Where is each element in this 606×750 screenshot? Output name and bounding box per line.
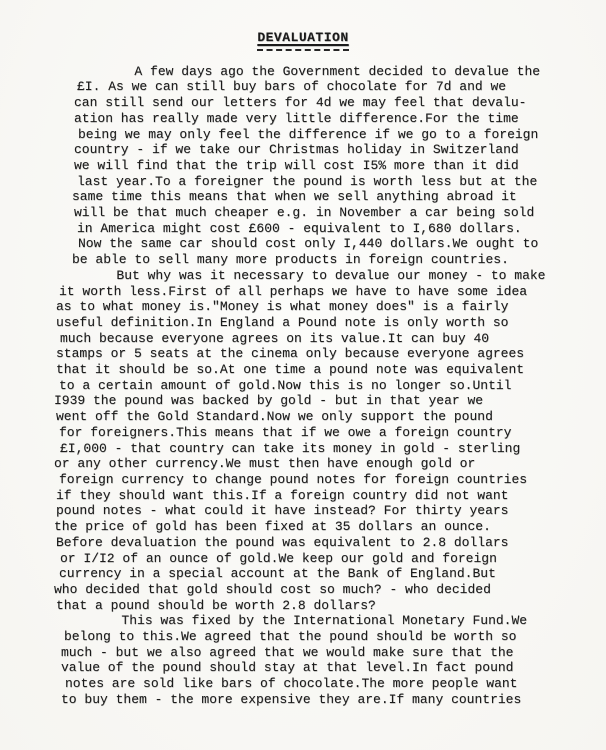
text-line: to buy them - the more expensive they ar… — [61, 692, 606, 708]
text-line: that a pound should be worth 2.8 dollars… — [56, 598, 606, 614]
text-line: country - if we take our Christmas holid… — [74, 142, 606, 158]
paragraph-1: A few days ago the Government decided to… — [74, 64, 606, 268]
text-line: But why was it necessary to devalue our … — [54, 268, 606, 284]
title-row: DEVALUATION — [0, 30, 606, 51]
text-line: foreign currency to change pound notes f… — [59, 472, 606, 488]
text-line: that it should be so.At one time a pound… — [56, 362, 606, 378]
document-title: DEVALUATION — [257, 30, 348, 51]
text-line: same time this means that when we sell a… — [72, 189, 606, 205]
text-line: or any other currency.We must then have … — [54, 456, 606, 472]
text-line: if they should want this.If a foreign co… — [56, 488, 606, 504]
text-line: value of the pound should stay at that l… — [61, 660, 606, 676]
text-line: we will find that the trip will cost I5%… — [74, 158, 606, 174]
text-line: useful definition.In England a Pound not… — [56, 315, 606, 331]
text-line: or I/I2 of an ounce of gold.We keep our … — [60, 551, 606, 567]
text-line: Before devaluation the pound was equival… — [56, 535, 606, 551]
text-line: stamps or 5 seats at the cinema only bec… — [56, 346, 606, 362]
text-line: belong to this.We agreed that the pound … — [64, 629, 606, 645]
text-line: it worth less.First of all perhaps we ha… — [59, 284, 606, 300]
text-line: last year.To a foreigner the pound is wo… — [77, 174, 606, 190]
text-line: to a certain amount of gold.Now this is … — [59, 378, 606, 394]
paragraph-3: This was fixed by the International Mone… — [61, 613, 606, 707]
paragraph-2: But why was it necessary to devalue our … — [56, 268, 606, 613]
text-line: pound notes - what could it have instead… — [56, 503, 606, 519]
text-line: £I. As we can still buy bars of chocolat… — [77, 79, 606, 95]
text-line: notes are sold like bars of chocolate.Th… — [65, 676, 606, 692]
text-line: Now the same car should cost only I,440 … — [78, 236, 606, 252]
document-page: DEVALUATION A few days ago the Governmen… — [0, 0, 606, 750]
text-line: This was fixed by the International Mone… — [59, 613, 606, 629]
text-line: went off the Gold Standard.Now we only s… — [56, 409, 606, 425]
text-line: for foreigners.This means that if we owe… — [59, 425, 606, 441]
text-line: ation has really made very little differ… — [74, 111, 606, 127]
text-line: as to what money is."Money is what money… — [56, 299, 606, 315]
text-line: I939 the pound was backed by gold - but … — [54, 393, 606, 409]
text-line: be able to sell many more products in fo… — [72, 252, 606, 268]
text-line: in America might cost £600 - equivalent … — [77, 221, 606, 237]
text-line: much - but we also agreed that we would … — [61, 645, 606, 661]
text-line: much because everyone agrees on its valu… — [60, 331, 606, 347]
text-line: will be that much cheaper e.g. in Novemb… — [74, 205, 606, 221]
text-line: the price of gold has been fixed at 35 d… — [54, 519, 606, 535]
text-line: can still send our letters for 4d we may… — [74, 95, 606, 111]
text-line: A few days ago the Government decided to… — [72, 64, 606, 80]
text-line: who decided that gold should cost so muc… — [54, 582, 606, 598]
text-line: currency in a special account at the Ban… — [59, 566, 606, 582]
text-line: being we may only feel the difference if… — [78, 127, 606, 143]
text-line: £I,000 - that country can take its money… — [60, 441, 606, 457]
